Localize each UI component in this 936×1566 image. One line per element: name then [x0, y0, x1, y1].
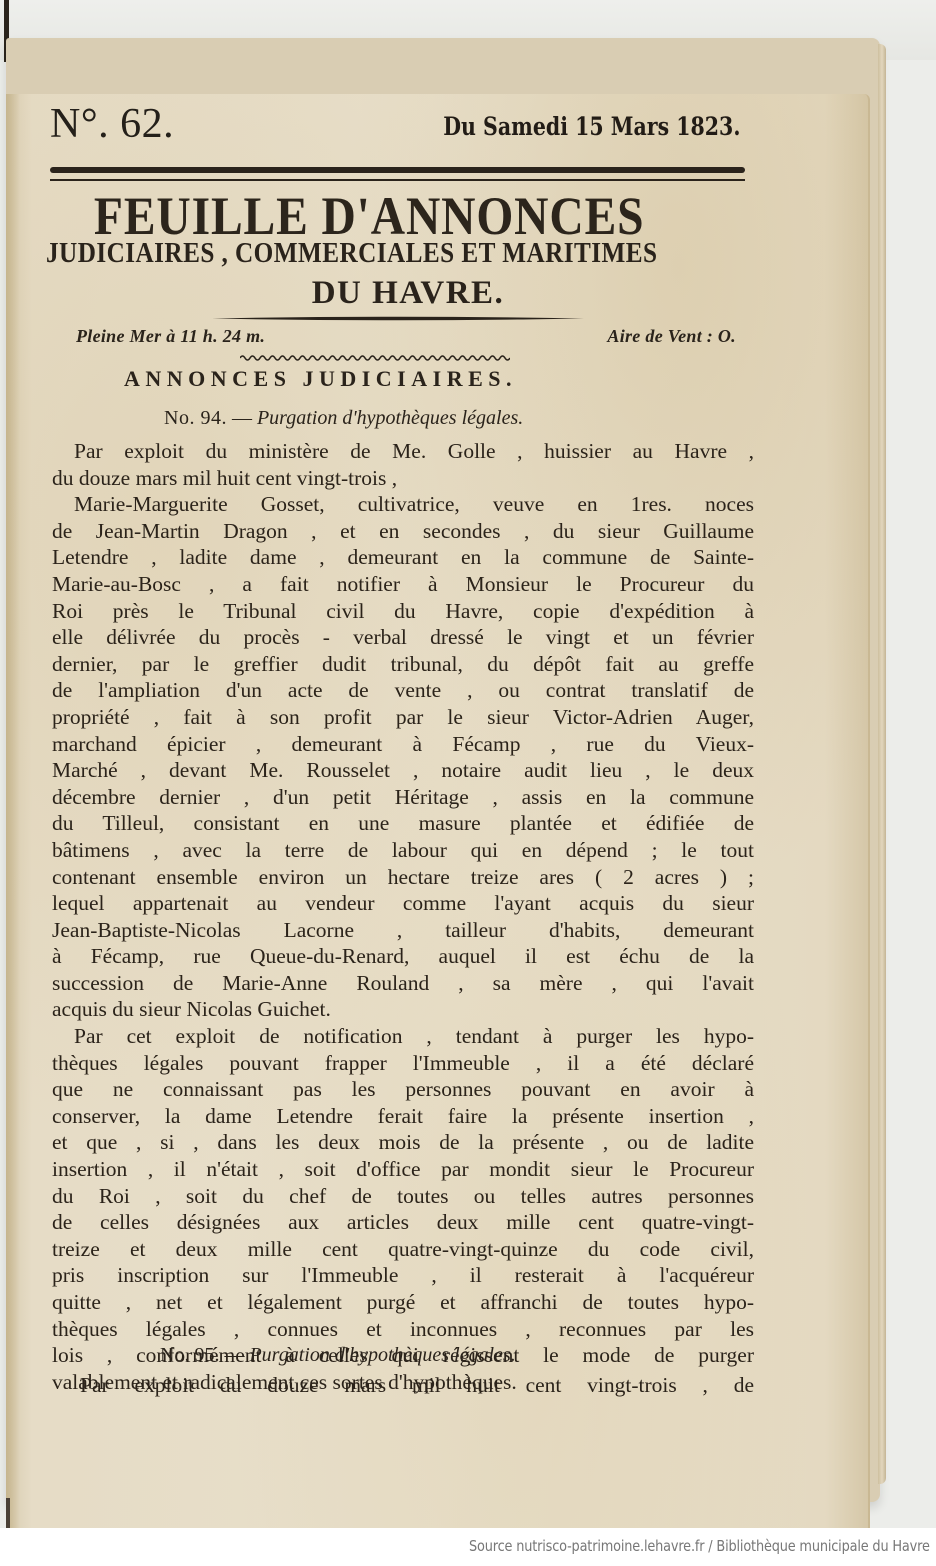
text-line: que ne connaissant pas les personnes pou…	[52, 1076, 754, 1103]
text-line: Jean-Baptiste-Nicolas Lacorne , tailleur…	[52, 917, 754, 944]
text-line: thèques légales pouvant frapper l'Immeub…	[52, 1050, 754, 1077]
text-line: lequel appartenait au vendeur comme l'ay…	[52, 890, 754, 917]
text-line: à Fécamp, rue Queue-du-Renard, auquel il…	[52, 943, 754, 970]
text-line: acquis du sieur Nicolas Guichet.	[52, 996, 754, 1023]
notice-number: No. 94.	[164, 407, 227, 429]
newspaper-city: DU HAVRE.	[0, 275, 936, 312]
notice-94-body: Par exploit du ministère de Me. Golle , …	[52, 438, 754, 1395]
notice-95-body: Par exploit du douze mars mil huit cent …	[52, 1372, 754, 1399]
text-line: de Jean-Martin Dragon , et en secondes ,…	[52, 518, 754, 545]
page-content: N°. 62. Du Samedi 15 Mars 1823. FEUILLE …	[0, 0, 936, 1500]
text-line: de l'ampliation d'un acte de vente , ou …	[52, 677, 754, 704]
text-line: et que , si , dans les deux mois de la p…	[52, 1129, 754, 1156]
notice-title: Purgation d'hypothèques légales.	[257, 407, 523, 429]
text-line: décembre dernier , d'un petit Héritage ,…	[52, 784, 754, 811]
text-line: elle délivrée du procès - verbal dressé …	[52, 624, 754, 651]
text-line: pris inscription sur l'Immeuble , il res…	[52, 1262, 754, 1289]
text-line: contenant ensemble environ un hectare tr…	[52, 864, 754, 891]
text-line: Par exploit du douze mars mil huit cent …	[52, 1372, 754, 1399]
source-credit: Source nutrisco-patrimoine.lehavre.fr / …	[469, 1537, 930, 1555]
notice-number: No. 95.	[160, 1344, 219, 1366]
text-line: insertion , il n'était , soit d'office p…	[52, 1156, 754, 1183]
issue-number: N°. 62.	[50, 100, 174, 148]
text-line: du Roi , soit du chef de toutes ou telle…	[52, 1183, 754, 1210]
text-line: Marie-au-Bosc , a fait notifier à Monsie…	[52, 571, 754, 598]
notice-dash: —	[227, 407, 257, 429]
wavy-rule	[240, 352, 510, 362]
text-line: quitte , net et légalement purgé et affr…	[52, 1289, 754, 1316]
text-line: treize et deux mille cent quatre-vingt-q…	[52, 1236, 754, 1263]
text-line: dernier, par le greffier dudit tribunal,…	[52, 651, 754, 678]
tapered-rule	[212, 316, 584, 321]
notice-94-heading: No. 94. — Purgation d'hypothèques légale…	[164, 407, 523, 430]
notice-dash: —	[219, 1344, 249, 1366]
text-line: du douze mars mil huit cent vingt-trois …	[52, 465, 754, 492]
text-line: Marie-Marguerite Gosset, cultivatrice, v…	[52, 491, 754, 518]
city-text: DU HAVRE.	[312, 275, 505, 312]
notice-title: Purgation d'hypothèques légales.	[249, 1344, 515, 1366]
high-tide-info: Pleine Mer à 11 h. 24 m.	[76, 326, 265, 347]
text-line: conserver, la dame Letendre ferait faire…	[52, 1103, 754, 1130]
text-line: bâtimens , avec la terre de labour qui e…	[52, 837, 754, 864]
text-line: Par cet exploit de notification , tendan…	[52, 1023, 754, 1050]
text-line: de celles désignées aux articles deux mi…	[52, 1209, 754, 1236]
tide-wind-row: Pleine Mer à 11 h. 24 m. Aire de Vent : …	[76, 326, 736, 354]
text-line: succession de Marie-Anne Rouland , sa mè…	[52, 970, 754, 997]
newspaper-subtitle: JUDICIAIRES , COMMERCIALES ET MARITIMES	[46, 238, 703, 270]
text-line: Par exploit du ministère de Me. Golle , …	[52, 438, 754, 465]
text-line: marchand épicier , demeurant à Fécamp , …	[52, 731, 754, 758]
text-line: thèques légales , connues et inconnues ,…	[52, 1316, 754, 1343]
notice-95-heading: No. 95. — Purgation d'hypothèques légale…	[160, 1344, 516, 1367]
wind-direction-info: Aire de Vent : O.	[607, 326, 736, 347]
text-line: Roi près le Tribunal civil du Havre, cop…	[52, 598, 754, 625]
section-title: ANNONCES JUDICIAIRES.	[124, 366, 724, 392]
text-line: Marché , devant Me. Rousselet , notaire …	[52, 757, 754, 784]
masthead-rule-thick	[50, 167, 745, 173]
text-line: propriété , fait à son profit par le sie…	[52, 704, 754, 731]
masthead-rule-thin	[50, 179, 745, 181]
text-line: Letendre , ladite dame , demeurant en la…	[52, 544, 754, 571]
issue-date: Du Samedi 15 Mars 1823.	[443, 112, 740, 141]
text-line: du Tilleul, consistant en une masure pla…	[52, 810, 754, 837]
masthead-row: N°. 62. Du Samedi 15 Mars 1823.	[50, 100, 740, 150]
